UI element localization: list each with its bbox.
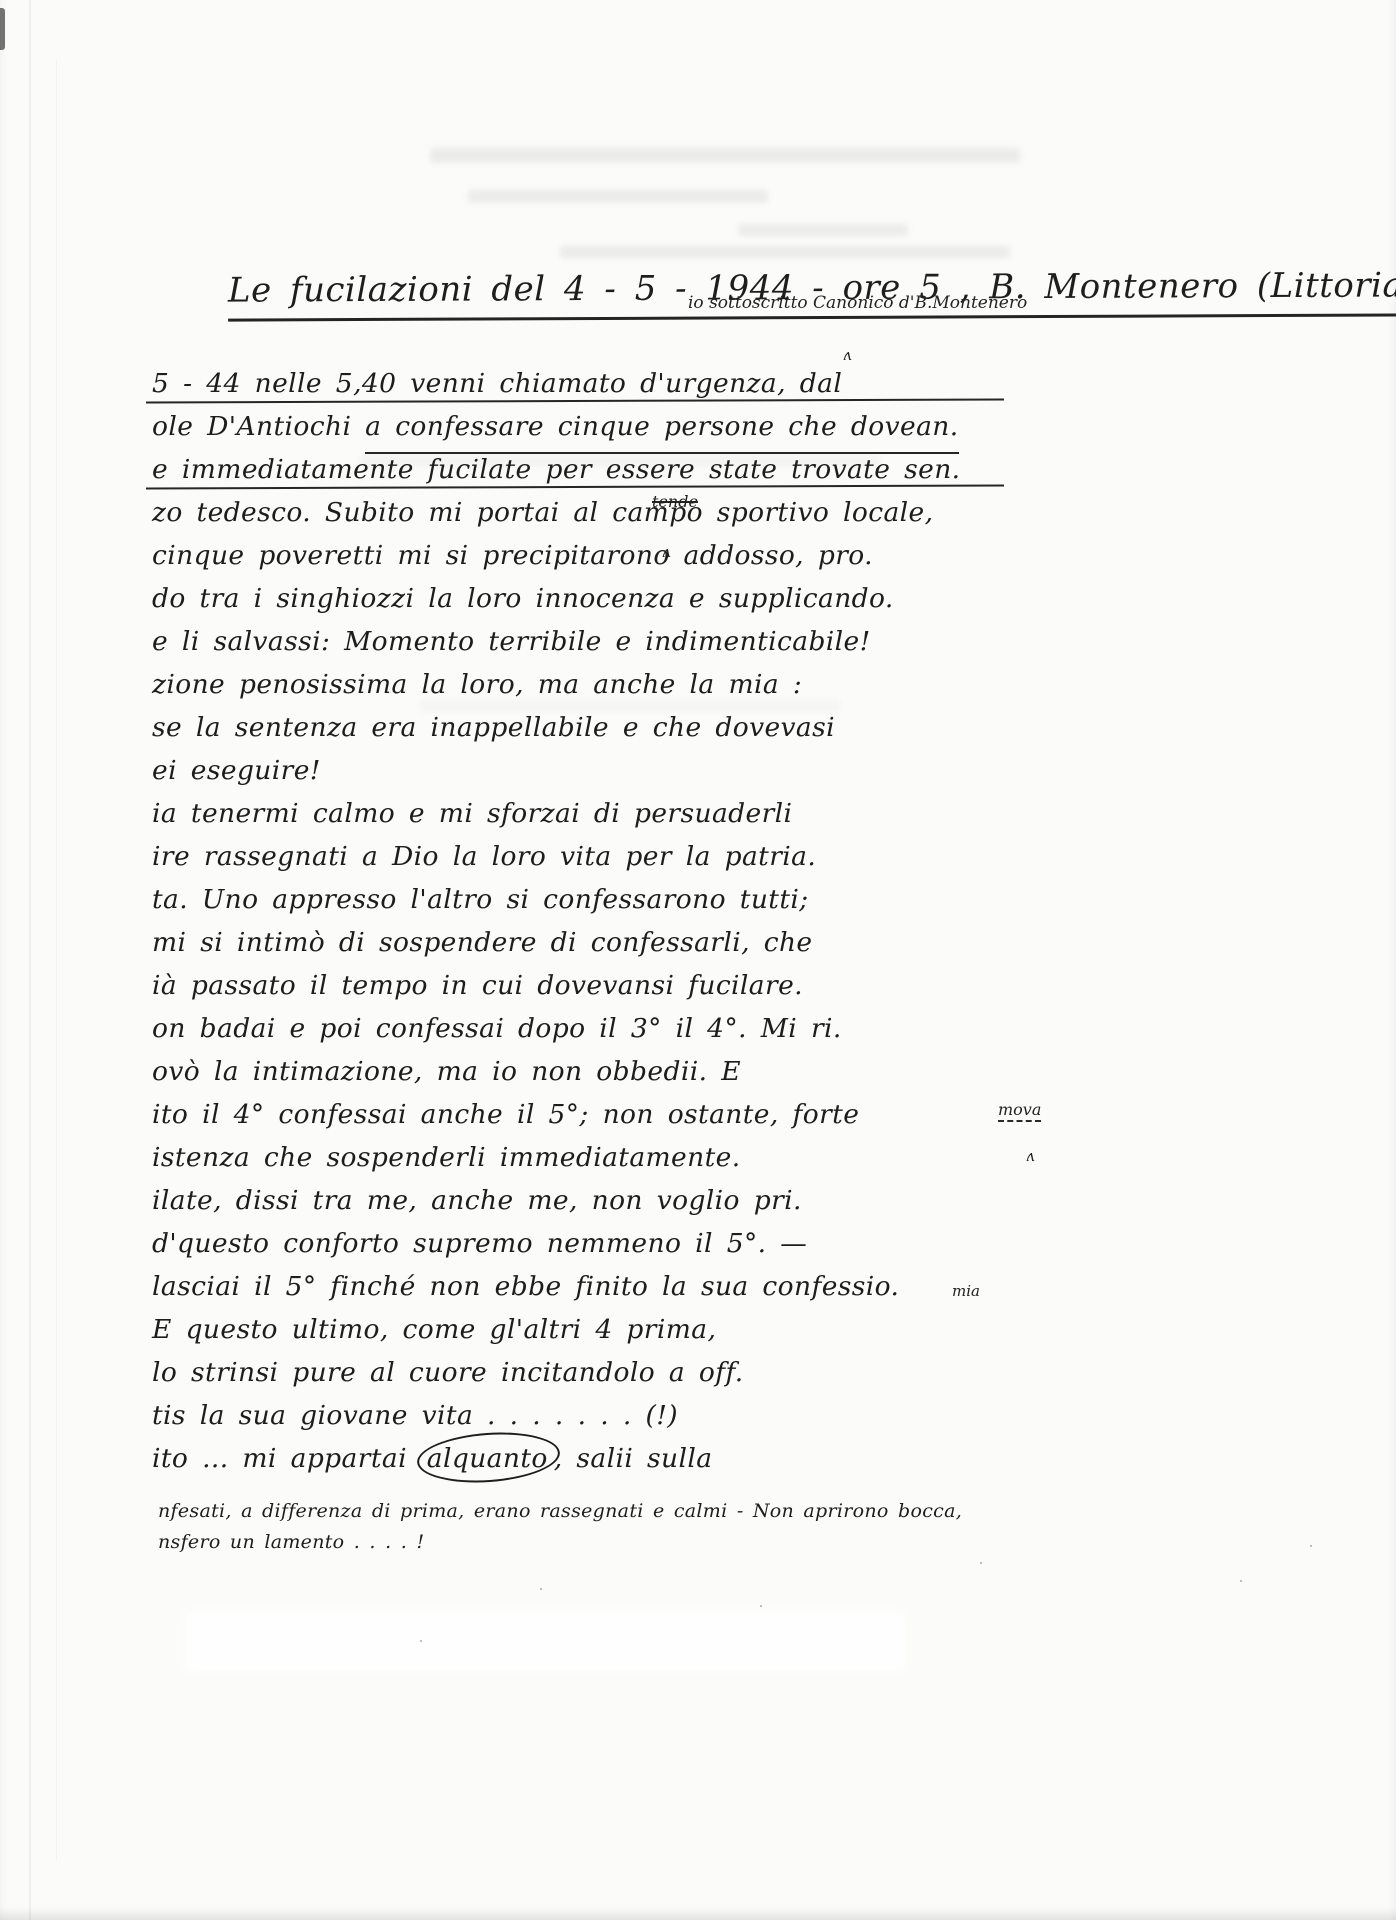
ghost-typed-text xyxy=(560,246,1010,258)
manuscript-footnote: nfesati, a differenza di prima, erano ra… xyxy=(158,1496,1238,1558)
scan-speckle xyxy=(760,1605,762,1607)
footnote-line-2: nsfero un lamento . . . . ! xyxy=(158,1527,1238,1558)
manuscript-line-11: ia tenermi calmo e mi sforzai di persuad… xyxy=(152,792,1032,835)
manuscript-line-24: lo strinsi pure al cuore incitandolo a o… xyxy=(152,1351,1032,1394)
line-26-post: , salii sulla xyxy=(554,1443,713,1474)
scan-speckle xyxy=(1310,1545,1312,1547)
manuscript-line-23: E questo ultimo, come gl'altri 4 prima, xyxy=(152,1308,1032,1351)
interline-insert-note: io sottoscritto Canonico d'B.Montenero xyxy=(688,293,1027,313)
manuscript-line-12: ire rassegnati a Dio la loro vita per la… xyxy=(152,835,1032,878)
manuscript-line-13: ta. Uno appresso l'altro si confessarono… xyxy=(152,878,1032,921)
manuscript-line-20: ilate, dissi tra me, anche me, non vogli… xyxy=(152,1179,1032,1222)
paper-edge-line xyxy=(29,0,31,1920)
line-2-pre: ole D'Antiochi xyxy=(152,411,365,442)
manuscript-line-18: ito il 4° confessai anche il 5°; non ost… xyxy=(152,1093,1032,1136)
scan-edge-artifact xyxy=(0,8,5,50)
ghost-typed-text xyxy=(468,190,768,203)
manuscript-line-26: ito ... mi appartai alquanto, salii sull… xyxy=(152,1437,1032,1480)
manuscript-line-6: do tra i singhiozzi la loro innocenza e … xyxy=(152,577,1032,620)
superscript-insert-mova: mova xyxy=(998,1100,1041,1122)
scan-speckle xyxy=(540,1588,542,1590)
scan-speckle xyxy=(980,1562,982,1564)
manuscript-line-17: ovò la intimazione, ma io non obbedii. E xyxy=(152,1050,1032,1093)
manuscript-line-10: ei eseguire! xyxy=(152,749,1032,792)
scan-speckle xyxy=(420,1640,422,1642)
manuscript-line-22: lasciai il 5° finché non ebbe finito la … xyxy=(152,1265,1032,1308)
scanned-page: Le fucilazioni del 4 - 5 - 1944 - ore 5 … xyxy=(0,0,1396,1920)
manuscript-line-2: ole D'Antiochi a confessare cinque perso… xyxy=(152,405,1032,448)
manuscript-line-7: e li salvassi: Momento terribile e indim… xyxy=(152,620,1032,663)
ghost-typed-text xyxy=(738,224,908,236)
caret-mark: ʌ xyxy=(843,346,851,364)
paper-edge-line-2 xyxy=(56,60,57,1860)
line-26-circled-word: alquanto xyxy=(421,1437,554,1480)
scan-speckle xyxy=(1240,1580,1242,1582)
manuscript-line-5: cinque poveretti mi si precipitarono add… xyxy=(152,534,1032,577)
manuscript-line-21: d'questo conforto supremo nemmeno il 5°.… xyxy=(152,1222,1032,1265)
erased-area xyxy=(185,1612,905,1670)
manuscript-line-25: tis la sua giovane vita . . . . . . . (!… xyxy=(152,1394,1032,1437)
caret-mark: ʌ xyxy=(662,543,670,561)
caret-mark: ʌ xyxy=(1026,1147,1034,1165)
manuscript-line-19: istenza che sospenderli immediatamente. xyxy=(152,1136,1032,1179)
manuscript-line-8: zione penosissima la loro, ma anche la m… xyxy=(152,663,1032,706)
manuscript-line-14: mi si intimò di sospendere di confessarl… xyxy=(152,921,1032,964)
manuscript-line-3: e immediatamente fucilate per essere sta… xyxy=(152,448,1032,491)
line-26-pre: ito ... mi appartai xyxy=(152,1443,421,1474)
ghost-typed-text xyxy=(430,148,1020,163)
manuscript-line-4: zo tedesco. Subito mi portai al campo sp… xyxy=(152,491,1032,534)
manuscript-line-16: on badai e poi confessai dopo il 3° il 4… xyxy=(152,1007,1032,1050)
manuscript-line-9: se la sentenza era inappellabile e che d… xyxy=(152,706,1032,749)
line-2-underlined: a confessare cinque persone che dovean. xyxy=(365,405,958,454)
manuscript-body: 5 - 44 nelle 5,40 venni chiamato d'urgen… xyxy=(152,362,1032,1480)
manuscript-line-15: ià passato il tempo in cui dovevansi fuc… xyxy=(152,964,1032,1007)
struck-insert-word: tende xyxy=(652,492,698,511)
footnote-line-1: nfesati, a differenza di prima, erano ra… xyxy=(158,1496,1238,1527)
superscript-insert-mia: mia xyxy=(952,1282,980,1300)
manuscript-line-1: 5 - 44 nelle 5,40 venni chiamato d'urgen… xyxy=(152,362,1032,405)
